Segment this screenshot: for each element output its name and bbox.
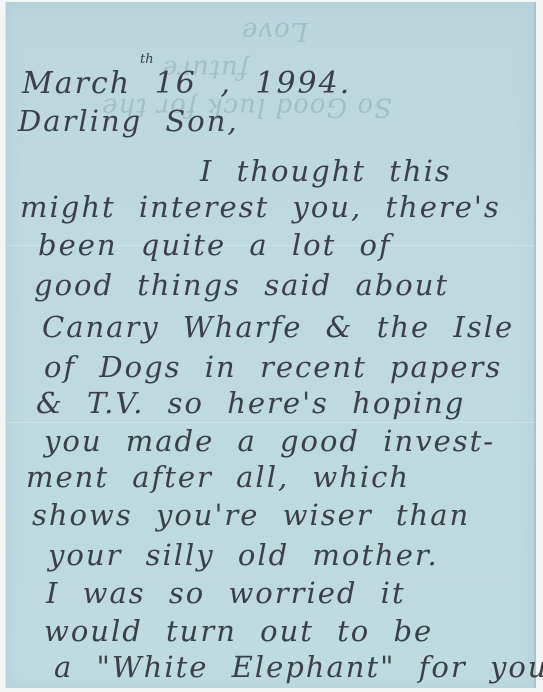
letter-line: would turn out to be <box>44 614 433 648</box>
paper-fold-line <box>6 422 534 423</box>
letter-line: a "White Elephant" for you <box>54 650 543 684</box>
letter-line: & T.V. so here's hoping <box>36 386 465 420</box>
letter-line: you made a good invest- <box>44 424 495 458</box>
letter-line: been quite a lot of <box>38 228 392 262</box>
letter-line: I was so worried it <box>46 576 406 610</box>
letter-date: March 16 , 1994. <box>22 66 351 101</box>
date-superscript: th <box>140 52 154 67</box>
letter-line: good things said about <box>34 268 449 302</box>
bleed-through-line: Love <box>101 12 461 50</box>
letter-line: of Dogs in recent papers <box>44 350 502 384</box>
letter-line: shows you're wiser than <box>32 498 470 532</box>
letter-line: I thought this <box>200 154 452 188</box>
letter-line: ment after all, which <box>26 460 410 494</box>
letter-salutation: Darling Son, <box>18 104 239 138</box>
letter-line: Canary Wharfe & the Isle <box>42 310 514 344</box>
letter-line: your silly old mother. <box>48 538 439 572</box>
letter-line: might interest you, there's <box>20 190 501 224</box>
